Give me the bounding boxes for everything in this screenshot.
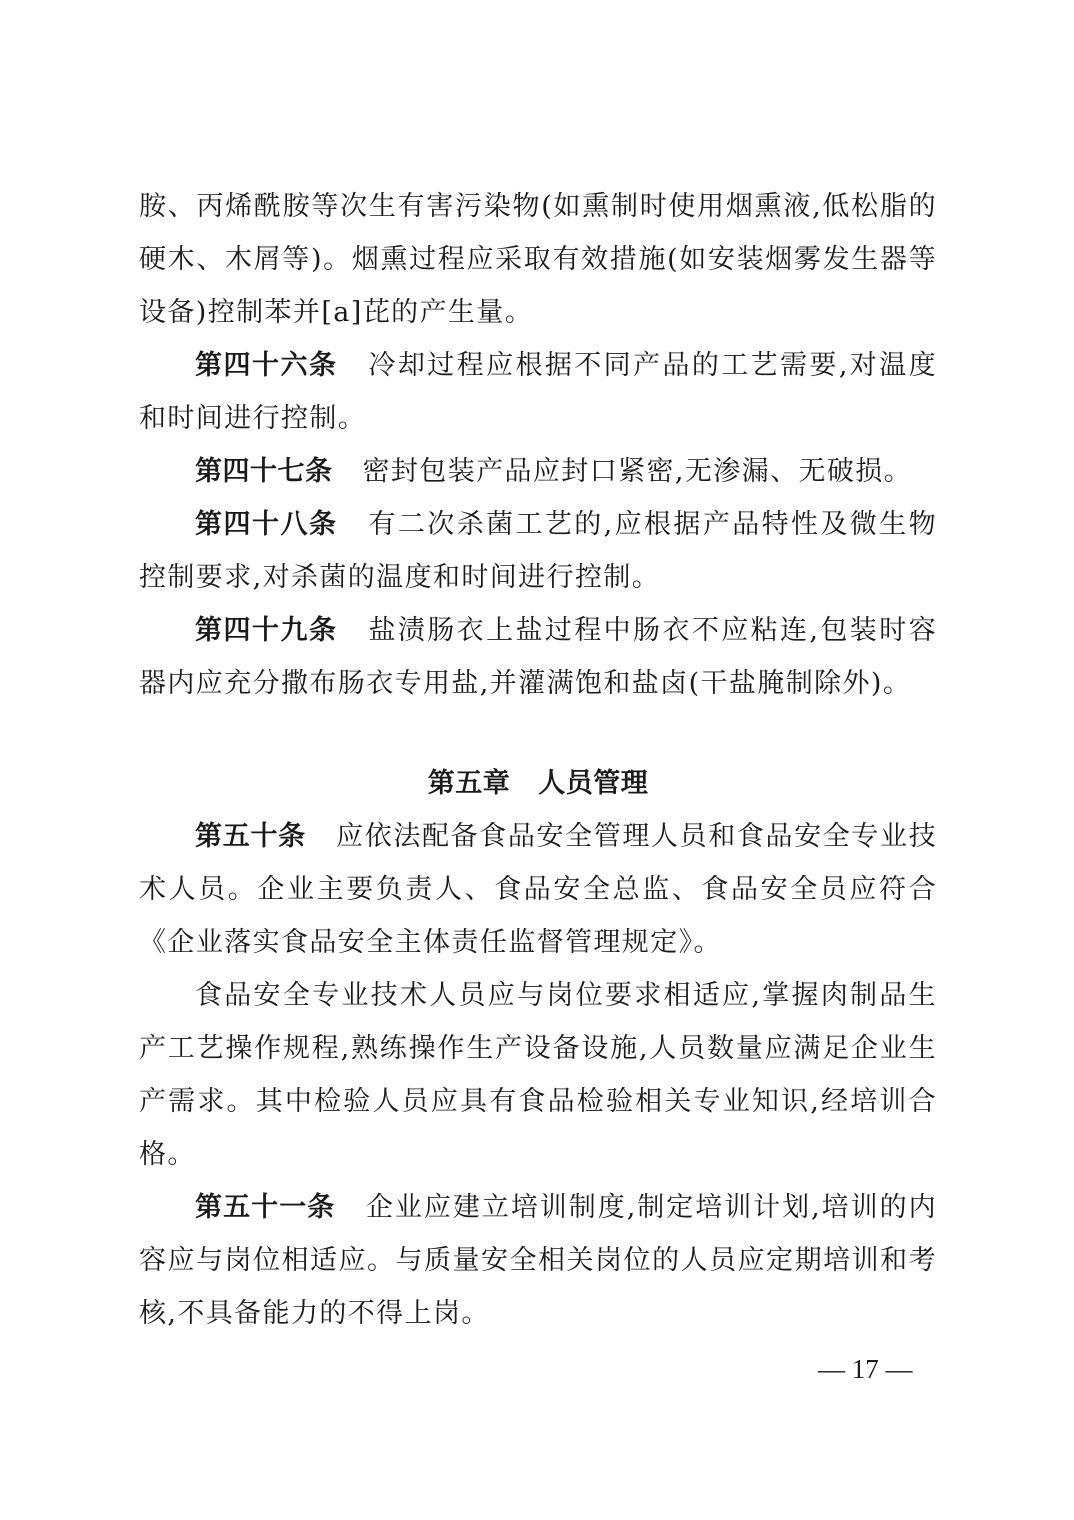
chapter-number: 第五章 bbox=[428, 768, 511, 799]
article-51: 第五十一条企业应建立培训制度,制定培训计划,培训的内容应与岗位相适应。与质量安全… bbox=[139, 1181, 937, 1340]
page-number: — 17 — bbox=[818, 1354, 913, 1385]
continuation-paragraph: 胺、丙烯酰胺等次生有害污染物(如熏制时使用烟熏液,低松脂的硬木、木屑等)。烟熏过… bbox=[139, 180, 937, 339]
paragraph-text: 食品安全专业技术人员应与岗位要求相适应,掌握肉制品生产工艺操作规程,熟练操作生产… bbox=[139, 980, 937, 1170]
document-page: 胺、丙烯酰胺等次生有害污染物(如熏制时使用烟熏液,低松脂的硬木、木屑等)。烟熏过… bbox=[139, 180, 937, 1340]
article-title: 第四十七条 bbox=[195, 456, 333, 487]
article-50-paragraph-2: 食品安全专业技术人员应与岗位要求相适应,掌握肉制品生产工艺操作规程,熟练操作生产… bbox=[139, 969, 937, 1181]
article-49: 第四十九条盐渍肠衣上盐过程中肠衣不应粘连,包装时容器内应充分撒布肠衣专用盐,并灌… bbox=[139, 604, 937, 710]
article-47: 第四十七条密封包装产品应封口紧密,无渗漏、无破损。 bbox=[139, 445, 937, 498]
chapter-title: 人员管理 bbox=[538, 768, 648, 799]
chapter-heading: 第五章人员管理 bbox=[139, 757, 937, 810]
article-50: 第五十条应依法配备食品安全管理人员和食品安全专业技术人员。企业主要负责人、食品安… bbox=[139, 810, 937, 969]
article-title: 第四十八条 bbox=[195, 509, 337, 540]
article-title: 第五十条 bbox=[195, 821, 306, 852]
article-title: 第四十九条 bbox=[195, 615, 337, 646]
article-48: 第四十八条有二次杀菌工艺的,应根据产品特性及微生物控制要求,对杀菌的温度和时间进… bbox=[139, 498, 937, 604]
article-text: 密封包装产品应封口紧密,无渗漏、无破损。 bbox=[363, 456, 913, 487]
article-title: 第五十一条 bbox=[195, 1192, 335, 1223]
article-46: 第四十六条冷却过程应根据不同产品的工艺需要,对温度和时间进行控制。 bbox=[139, 339, 937, 445]
article-title: 第四十六条 bbox=[195, 350, 337, 381]
